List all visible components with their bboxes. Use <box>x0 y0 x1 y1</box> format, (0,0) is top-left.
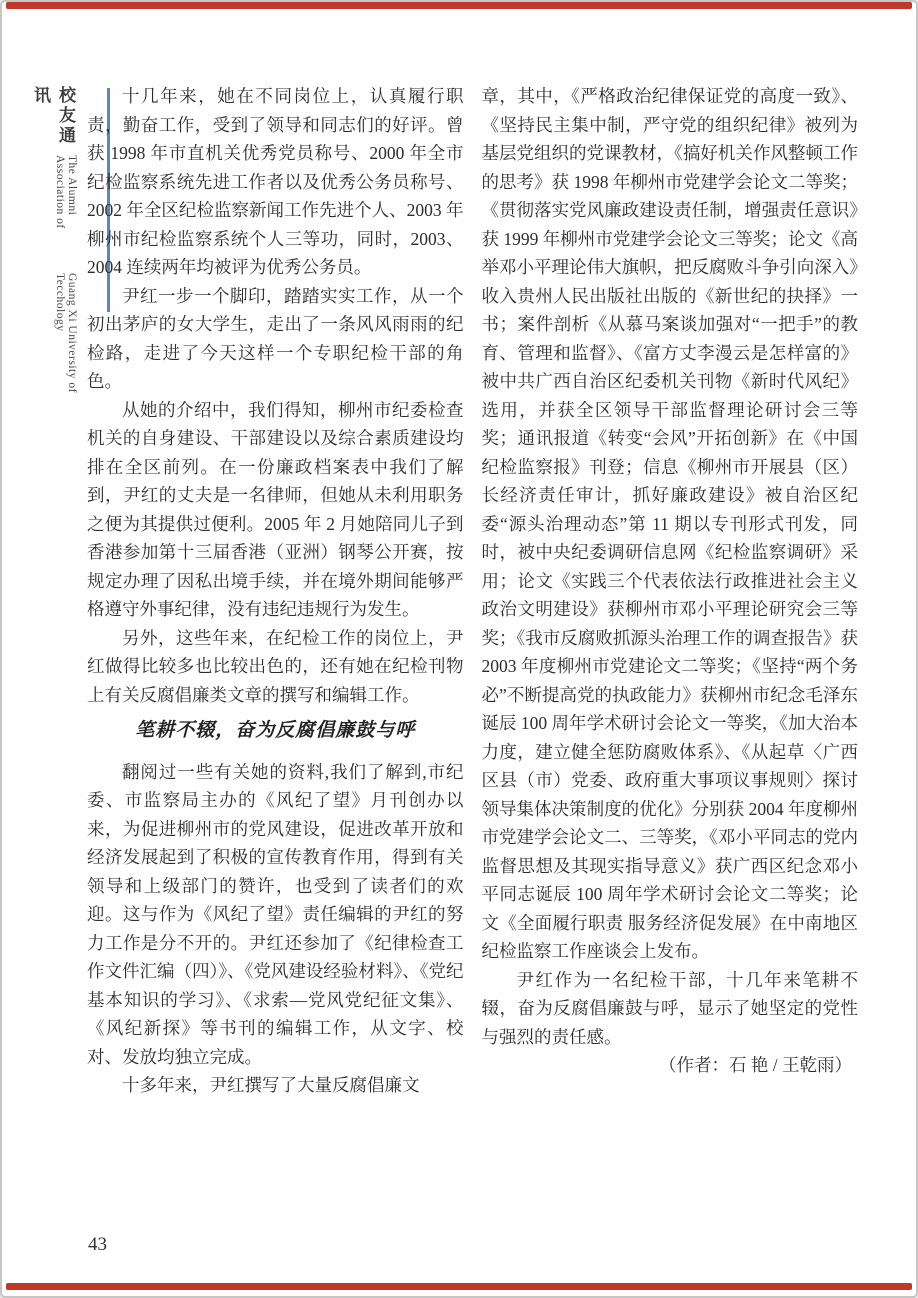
sidebar: 校友通讯 The Alumni Association of Guang Xi … <box>28 86 78 426</box>
paragraph: 十多年来，尹红撰写了大量反腐倡廉文 <box>87 1071 464 1100</box>
paragraph: 另外，这些年来，在纪检工作的岗位上，尹红做得比较多也比较出色的，还有她在纪检刊物… <box>87 624 464 710</box>
article-body: 十几年来，她在不同岗位上，认真履行职责，勤奋工作，受到了领导和同志们的好评。曾获… <box>87 82 858 1100</box>
right-column: 章，其中，《严格政治纪律保证党的高度一致》、《坚持民主集中制，严守党的组织纪律》… <box>482 82 859 1100</box>
bottom-red-bar <box>6 1283 912 1290</box>
magazine-page: 校友通讯 The Alumni Association of Guang Xi … <box>0 0 918 1298</box>
top-red-bar <box>6 2 912 9</box>
section-heading: 笔耕不辍，奋为反腐倡廉鼓与呼 <box>87 717 464 746</box>
paragraph: 尹红一步一个脚印，踏踏实实工作，从一个初出茅庐的女大学生，走出了一条风风雨雨的纪… <box>87 282 464 396</box>
left-column: 十几年来，她在不同岗位上，认真履行职责，勤奋工作，受到了领导和同志们的好评。曾获… <box>87 82 464 1100</box>
paragraph-continuation: 章，其中，《严格政治纪律保证党的高度一致》、《坚持民主集中制，严守党的组织纪律》… <box>482 82 859 966</box>
sidebar-title-cn: 校友通讯 <box>28 86 78 153</box>
paragraph: 从她的介绍中，我们得知，柳州市纪委检查机关的自身建设、干部建设以及综合素质建设均… <box>87 396 464 624</box>
paragraph: 翻阅过一些有关她的资料,我们了解到,市纪委、市监察局主办的《风纪了望》月刊创办以… <box>87 758 464 1072</box>
sidebar-subtitle-en-line2: Guang Xi University of Tecchology <box>28 273 78 426</box>
sidebar-vertical-text: 校友通讯 The Alumni Association of Guang Xi … <box>28 86 78 426</box>
sidebar-subtitle-en-line1: The Alumni Association of <box>28 155 78 270</box>
paragraph: 尹红作为一名纪检干部，十几年来笔耕不辍，奋为反腐倡廉鼓与呼，显示了她坚定的党性与… <box>482 966 859 1052</box>
author-credit: （作者：石 艳 / 王乾雨） <box>482 1051 859 1080</box>
paragraph: 十几年来，她在不同岗位上，认真履行职责，勤奋工作，受到了领导和同志们的好评。曾获… <box>87 82 464 282</box>
page-number: 43 <box>88 1234 107 1256</box>
